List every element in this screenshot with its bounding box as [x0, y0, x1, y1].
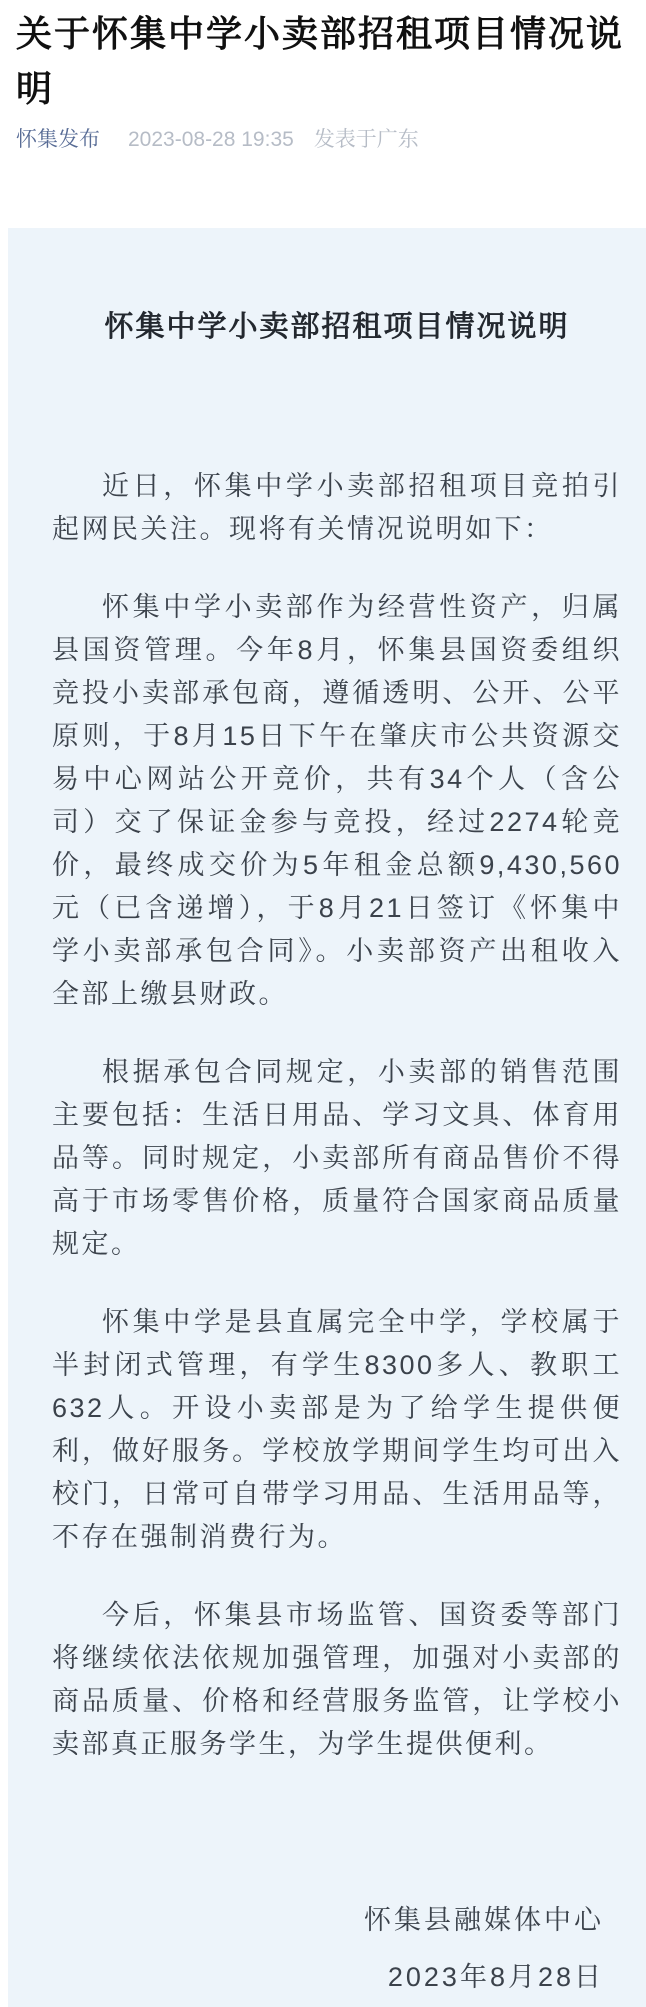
official-account-link[interactable]: 怀集发布 — [16, 128, 100, 151]
notice-signature: 怀集县融媒体中心 2023年8月28日 — [52, 1899, 622, 1999]
notice-paragraph: 近日，怀集中学小卖部招租项目竞拍引起网民关注。现将有关情况说明如下： — [52, 465, 622, 551]
article-header: 关于怀集中学小卖部招租项目情况说明 怀集发布2023-08-28 19:35发表… — [0, 0, 646, 152]
notice-title: 怀集中学小卖部招租项目情况说明 — [52, 306, 622, 349]
publish-location: 发表于广东 — [314, 128, 419, 151]
notice-paragraph: 怀集中学小卖部作为经营性资产，归属县国资管理。今年8月，怀集县国资委组织竞投小卖… — [52, 586, 622, 1016]
notice-signature-date: 2023年8月28日 — [52, 1956, 604, 1999]
notice-paragraph: 根据承包合同规定，小卖部的销售范围主要包括：生活日用品、学习文具、体育用品等。同… — [52, 1051, 622, 1266]
notice-signature-org: 怀集县融媒体中心 — [52, 1899, 604, 1942]
byline: 怀集发布2023-08-28 19:35发表于广东 — [16, 128, 630, 152]
notice-paragraph: 今后，怀集县市场监管、国资委等部门将继续依法依规加强管理，加强对小卖部的商品质量… — [52, 1594, 622, 1766]
notice-paragraph: 怀集中学是县直属完全中学，学校属于半封闭式管理，有学生8300多人、教职工632… — [52, 1301, 622, 1559]
page-title: 关于怀集中学小卖部招租项目情况说明 — [16, 6, 630, 116]
notice-image[interactable]: 怀集中学小卖部招租项目情况说明 近日，怀集中学小卖部招租项目竞拍引起网民关注。现… — [8, 228, 646, 2007]
publish-time: 2023-08-28 19:35 — [128, 128, 294, 151]
